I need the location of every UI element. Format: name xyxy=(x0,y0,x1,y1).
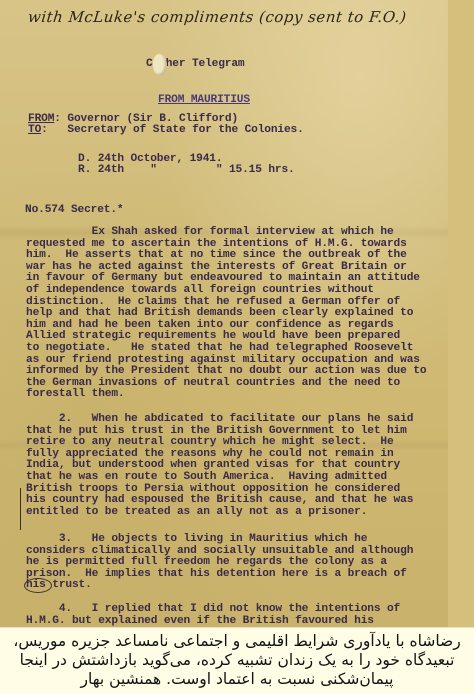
text-line: 3. He objects to living in Mauritius whi… xyxy=(26,534,413,546)
persian-caption: رضاشاه با یادآوری شرایط اقلیمی و اجتماعی… xyxy=(0,627,474,694)
text-line: his country had espoused the British cau… xyxy=(26,495,413,507)
background-border xyxy=(448,0,474,627)
origin-heading: FROM MAURITIUS xyxy=(158,95,250,107)
caption-line: پیمان‌شکنی نسبت به اعتماد اوست. همنشین ب… xyxy=(0,670,474,689)
telegram-document: with McLuke's compliments (copy sent to … xyxy=(0,0,448,627)
paragraph-3: 3. He objects to living in Mauritius whi… xyxy=(26,534,413,592)
text-line: entitled to be treated as an ally not as… xyxy=(26,507,413,519)
to-value: : Secretary of State for the Colonies. xyxy=(41,124,304,136)
text-line: that he was en route to South America. H… xyxy=(26,472,413,484)
text-line: 4. I replied that I did not know the int… xyxy=(26,604,400,616)
text-line: Ex Shah asked for formal interview at wh… xyxy=(26,227,426,239)
text-line: help and that had British demands been c… xyxy=(26,308,426,320)
text-line: 2. When he abdicated to facilitate our p… xyxy=(26,414,413,426)
paragraph-2: 2. When he abdicated to facilitate our p… xyxy=(26,414,413,518)
received-date: R. 24th " " 15.15 hrs. xyxy=(78,165,295,177)
margin-mark xyxy=(20,488,21,530)
to-line: TO: Secretary of State for the Colonies. xyxy=(28,125,304,137)
text-line: of independence towards all foreign coun… xyxy=(26,285,426,297)
reference-number: No.574 Secret.* xyxy=(25,205,123,217)
circled-word-mark xyxy=(24,578,52,593)
text-line: forestall them. xyxy=(26,389,426,401)
caption-line: تبعیدگاه خود را به یک زندان تشبیه کرده، … xyxy=(0,651,474,670)
caption-line: رضاشاه با یادآوری شرایط اقلیمی و اجتماعی… xyxy=(0,632,474,651)
handwritten-note: with McLuke's compliments (copy sent to … xyxy=(27,8,409,26)
text-line: to negotiate. He stated that he had tele… xyxy=(26,343,426,355)
paragraph-1: Ex Shah asked for formal interview at wh… xyxy=(26,227,426,401)
text-line: informed by the President that no doubt … xyxy=(26,366,426,378)
text-line: H.M.G. but explained even if the British… xyxy=(26,616,400,627)
paragraph-4: 4. I replied that I did not know the int… xyxy=(26,604,400,627)
punch-hole xyxy=(153,54,167,76)
text-line: his trust. xyxy=(26,580,413,592)
to-label: TO xyxy=(28,124,41,136)
